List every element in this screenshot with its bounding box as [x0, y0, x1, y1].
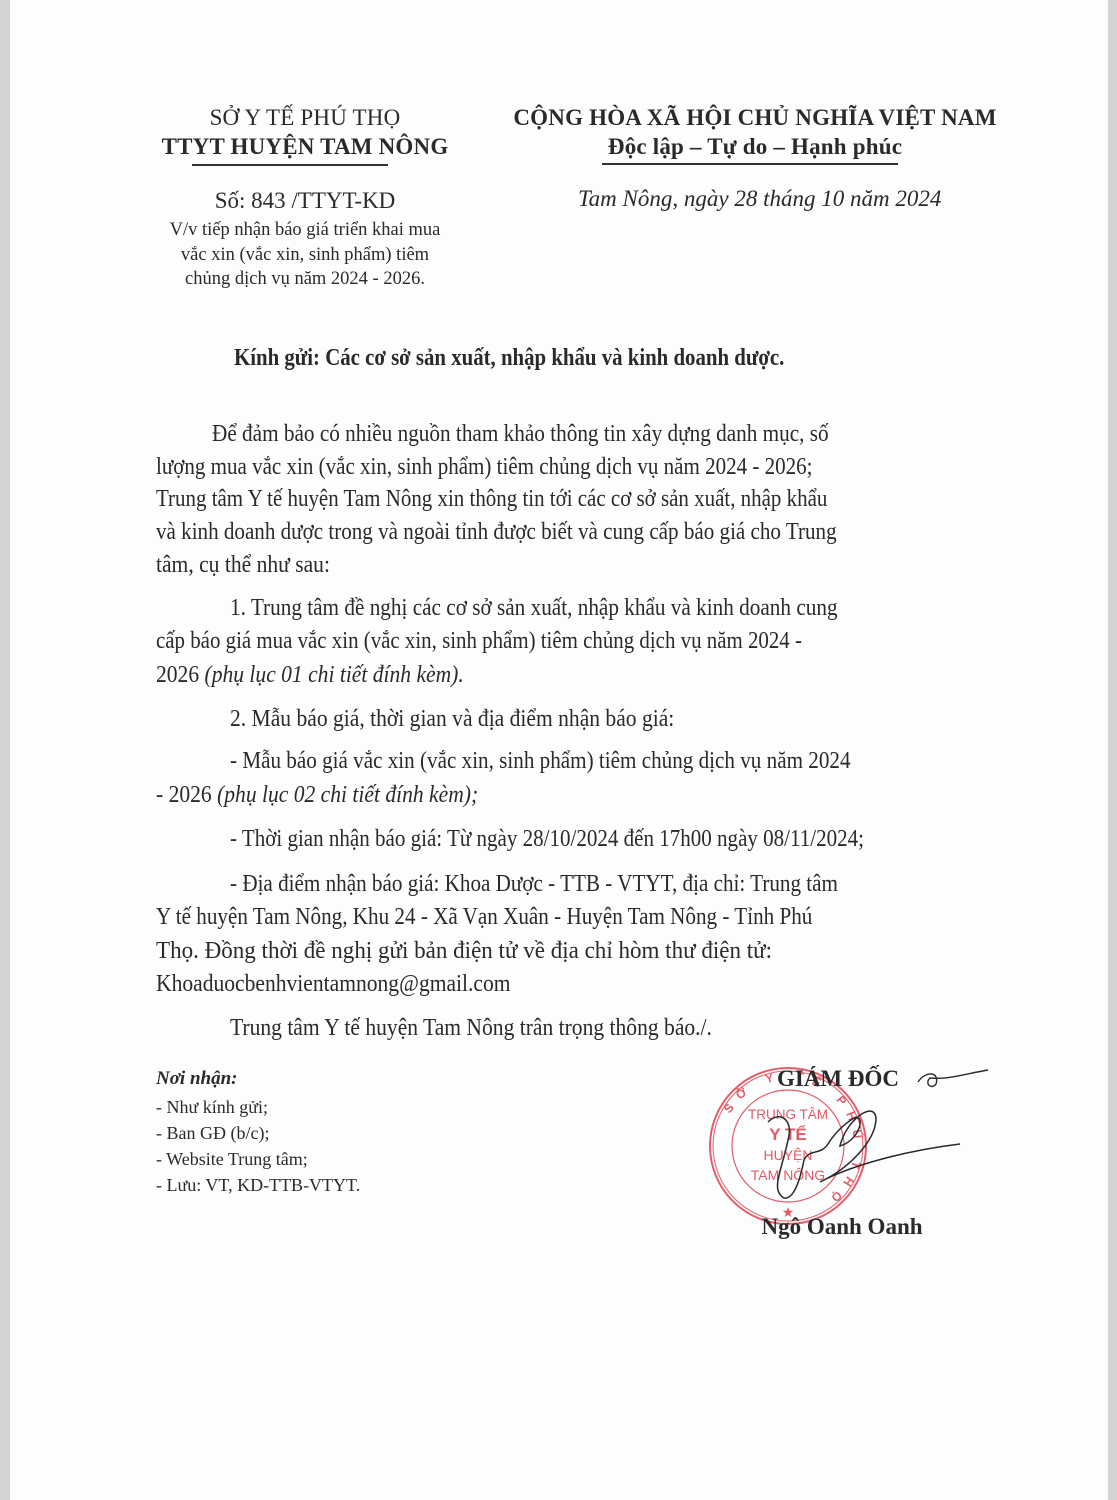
intro-line-4: và kinh doanh dược trong và ngoài tỉnh đ…	[156, 518, 837, 546]
ministry-name: SỞ Y TẾ PHÚ THỌ	[210, 105, 401, 131]
intro-line-3: Trung tâm Y tế huyện Tam Nông xin thông …	[156, 485, 827, 513]
item1-line-2: cấp báo giá mua vắc xin (vắc xin, sinh p…	[156, 627, 802, 655]
item1-line-3: 2026 (phụ lục 01 chi tiết đính kèm).	[156, 661, 464, 689]
organization-underline	[192, 164, 388, 166]
document-page: SỞ Y TẾ PHÚ THỌ TTYT HUYỆN TAM NÔNG Số: …	[10, 0, 1108, 1500]
recipients-item: - Như kính gửi;	[156, 1094, 268, 1120]
intro-line-5: tâm, cụ thể như sau:	[156, 551, 330, 579]
appendix-01-reference: (phụ lục 01 chi tiết đính kèm).	[205, 661, 464, 688]
item2-place-line-1: - Địa điểm nhận báo giá: Khoa Dược - TTB…	[230, 870, 838, 898]
recipients-item: - Website Trung tâm;	[156, 1146, 308, 1172]
signer-name: Ngô Oanh Oanh	[761, 1214, 922, 1240]
subject-line-3: chủng dịch vụ năm 2024 - 2026.	[185, 267, 425, 291]
intro-line-1: Để đảm bảo có nhiều nguồn tham khảo thôn…	[212, 420, 829, 448]
handwritten-signature	[750, 1060, 990, 1210]
item1-line-1: 1. Trung tâm đề nghị các cơ sở sản xuất,…	[230, 594, 838, 622]
contact-email[interactable]: Khoaduocbenhvientamnong@gmail.com	[156, 970, 511, 998]
national-motto: Độc lập – Tự do – Hạnh phúc	[608, 134, 902, 160]
appendix-02-reference: (phụ lục 02 chi tiết đính kèm);	[217, 781, 478, 808]
item2-form-line: - Mẫu báo giá vắc xin (vắc xin, sinh phẩ…	[230, 747, 851, 775]
recipients-item: - Lưu: VT, KD-TTB-VTYT.	[156, 1172, 360, 1198]
item2-year: - 2026	[156, 781, 217, 808]
intro-line-2: lượng mua vắc xin (vắc xin, sinh phẩm) t…	[156, 453, 813, 481]
item2-form-last: - 2026 (phụ lục 02 chi tiết đính kèm);	[156, 781, 478, 809]
closing-line: Trung tâm Y tế huyện Tam Nông trân trọng…	[230, 1014, 712, 1042]
country-name: CỘNG HÒA XÃ HỘI CHỦ NGHĨA VIỆT NAM	[513, 105, 996, 131]
subject-line-2: vắc xin (vắc xin, sinh phẩm) tiêm	[181, 243, 429, 267]
item2-place-line-3: Thọ. Đồng thời đề nghị gửi bản điện tử v…	[156, 937, 772, 965]
subject-line-1: V/v tiếp nhận báo giá triển khai mua	[170, 218, 441, 242]
recipient-line: Kính gửi: Các cơ sở sản xuất, nhập khẩu …	[234, 344, 784, 372]
item2-time: - Thời gian nhận báo giá: Từ ngày 28/10/…	[230, 825, 864, 853]
recipients-item: - Ban GĐ (b/c);	[156, 1120, 269, 1146]
organization-name: TTYT HUYỆN TAM NÔNG	[162, 134, 449, 160]
recipients-title: Nơi nhận:	[156, 1068, 237, 1090]
place-date: Tam Nông, ngày 28 tháng 10 năm 2024	[578, 186, 941, 212]
motto-underline	[602, 163, 898, 165]
item2-place-line-2: Y tế huyện Tam Nông, Khu 24 - Xã Vạn Xuâ…	[156, 903, 812, 931]
document-number: Số: 843 /TTYT-KD	[215, 188, 396, 214]
item2-heading: 2. Mẫu báo giá, thời gian và địa điểm nh…	[230, 705, 674, 733]
item1-year: 2026	[156, 661, 205, 688]
